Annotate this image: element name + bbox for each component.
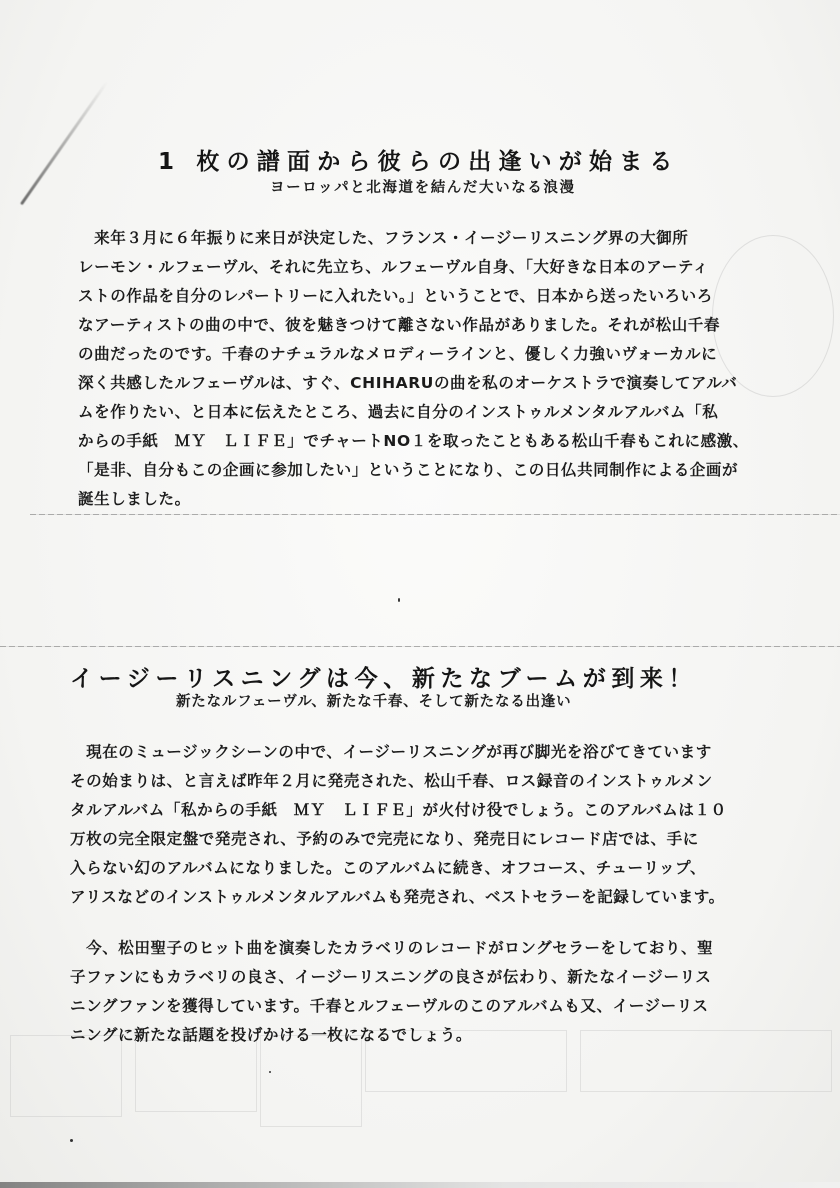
scan-streak-artifact — [20, 81, 108, 206]
text-line: ストの作品を自分のレパートリーに入れたい。」ということで、日本から送ったいろいろ — [78, 282, 749, 311]
divider-line — [0, 646, 840, 647]
text-line: 入らない幻のアルバムになりました。このアルバムに続き、オフコース、チューリップ、 — [70, 854, 727, 883]
section2-title: イージーリスニングは今、新たなブームが到来！ — [70, 660, 697, 693]
page-bottom-edge — [0, 1182, 840, 1188]
text-line: ムを作りたい、と日本に伝えたところ、過去に自分のインストゥルメンタルアルバム「私 — [78, 398, 749, 427]
text-line: その始まりは、と言えば昨年２月に発売された、松山千春、ロス録音のインストゥルメン — [70, 767, 727, 796]
text-line: 深く共感したルフェーヴルは、すぐ、CHIHARUの曲を私のオーケストラで演奏して… — [78, 369, 749, 398]
text-line: なアーティストの曲の中で、彼を魅きつけて離さない作品がありました。それが松山千春 — [78, 311, 749, 340]
text-line: 万枚の完全限定盤で発売され、予約のみで完売になり、発売日にレコード店では、手に — [70, 825, 727, 854]
section2-subtitle: 新たなルフェーヴル、新たな千春、そして新たなる出逢い — [176, 690, 571, 711]
scan-speck — [398, 598, 400, 602]
text-line: 子ファンにもカラベリの良さ、イージーリスニングの良さが伝わり、新たなイージーリス — [70, 963, 713, 992]
text-line: ニングファンを獲得しています。千春とルフェーヴルのこのアルバムも又、イージーリス — [70, 992, 713, 1021]
text-line: からの手紙 ＭＹ ＬＩＦＥ」でチャートNO１を取ったこともある松山千春もこれに感… — [78, 427, 749, 456]
text-line: レーモン・ルフェーヴル、それに先立ち、ルフェーヴル自身、「大好きな日本のアーティ — [78, 253, 749, 282]
section2-paragraph-2: 今、松田聖子のヒット曲を演奏したカラベリのレコードがロングセラーをしており、聖 … — [70, 934, 713, 1050]
text-line: 誕生しました。 — [78, 485, 749, 514]
text-line: の曲だったのです。千春のナチュラルなメロディーラインと、優しく力強いヴォーカルに — [78, 340, 749, 369]
text-line: 今、松田聖子のヒット曲を演奏したカラベリのレコードがロングセラーをしており、聖 — [70, 934, 713, 963]
bleed-through-box — [135, 1040, 257, 1112]
text-line: ニングに新たな話題を投げかける一枚になるでしょう。 — [70, 1021, 713, 1050]
scan-speck — [269, 1071, 271, 1073]
divider-line — [30, 514, 840, 515]
section1-title: 1 枚の譜面から彼らの出逢いが始まる — [158, 143, 680, 176]
section2-paragraph-1: 現在のミュージックシーンの中で、イージーリスニングが再び脚光を浴びてきています … — [70, 738, 727, 912]
section1-paragraph: 来年３月に６年振りに来日が決定した、フランス・イージーリスニング界の大御所 レー… — [78, 224, 749, 514]
scanned-page: 1 枚の譜面から彼らの出逢いが始まる ヨーロッパと北海道を結んだ大いなる浪漫 来… — [0, 0, 840, 1188]
text-line: 来年３月に６年振りに来日が決定した、フランス・イージーリスニング界の大御所 — [78, 224, 749, 253]
text-line: アリスなどのインストゥルメンタルアルバムも発売され、ベストセラーを記録しています… — [70, 883, 727, 912]
text-line: 「是非、自分もこの企画に参加したい」ということになり、この日仏共同制作による企画… — [78, 456, 749, 485]
section1-subtitle: ヨーロッパと北海道を結んだ大いなる浪漫 — [270, 176, 576, 197]
scan-speck — [70, 1139, 73, 1142]
text-line: 現在のミュージックシーンの中で、イージーリスニングが再び脚光を浴びてきています — [70, 738, 727, 767]
text-line: タルアルバム「私からの手紙 ＭＹ ＬＩＦＥ」が火付け役でしょう。このアルバムは１… — [70, 796, 727, 825]
